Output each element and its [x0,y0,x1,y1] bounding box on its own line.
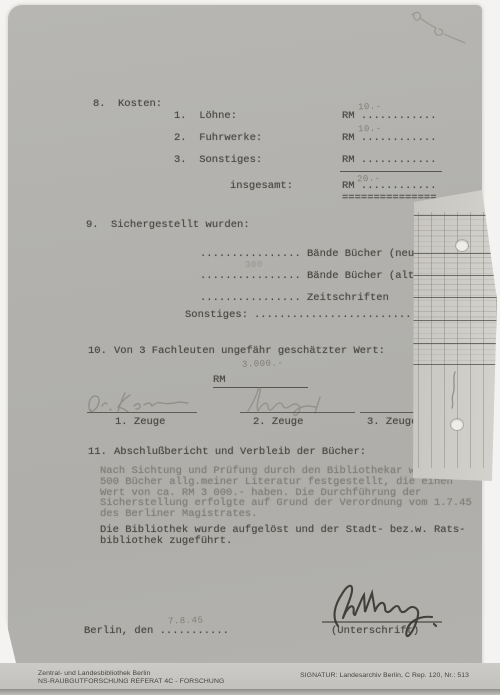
value-currency: RM [213,375,226,386]
punch-hole-bottom [451,419,463,430]
row-zeitschriften-label: Zeitschriften [307,293,389,304]
place-date-line: Berlin, den ........... [84,626,229,637]
cost-item-1-pencil-value: 10.- [358,102,382,113]
row-alt-label: Bände Bücher (alt) [307,271,420,282]
sonstiges-dots: ............................. [254,310,437,321]
witness2-label: 2. Zeuge [253,417,303,428]
estimated-value-pencil: 3.000.- [242,358,284,369]
row-zeitschriften-dots: ................ [200,293,301,304]
witness1-line [87,412,197,413]
witness1-pencil-signature [82,389,202,419]
section11-number: 11. [88,447,107,458]
report-clear-paragraph: Die Bibliothek wurde aufgelöst und der S… [100,525,465,547]
strip-fine-grid [405,214,500,364]
cost-item-2-label: 2. Fuhrwerke: [174,133,262,144]
pencil-scribble-top-right [402,3,472,48]
total-label: insgesamt: [230,181,293,192]
scanned-document-page: 8. Kosten: 1. Löhne: RM ............ 10.… [8,5,482,695]
witness1-label: 1. Zeuge [115,417,165,428]
cost-item-3-amount-line: RM ............ [342,155,437,166]
row-neu-label: Bände Bücher (neu) [307,249,420,260]
row-alt-dots: ................ [200,271,301,282]
archive-attribution: Zentral- und Landesbibliothek Berlin NS-… [38,670,224,686]
row-alt-pencil-value: 300 [245,260,263,271]
witness2-line [240,412,355,413]
row-neu-dots: ................ [200,249,301,260]
cost-item-1-label: 1. Löhne: [174,111,237,122]
section8-title: Kosten: [118,99,162,110]
cost-item-1-amount-line: RM ............ [342,111,437,122]
strip-pencil-mark [447,370,461,410]
archive-caption-bar: Zentral- und Landesbibliothek Berlin NS-… [0,663,500,689]
overlay-paper-strip [405,185,500,485]
archive-signatur: SIGNATUR: Landesarchiv Berlin, C Rep. 12… [300,672,469,679]
section8-number: 8. [93,99,106,110]
cost-item-3-label: 3. Sonstiges: [174,155,262,166]
section10-number: 10. [88,346,107,357]
section11-title: Abschlußbericht und Verbleib der Bücher: [114,447,366,458]
total-pencil-value: 20.- [357,174,381,185]
archive-attribution-line1: Zentral- und Landesbibliothek Berlin [38,670,224,678]
section9-title: Sichergestellt wurden: [111,220,250,231]
archive-attribution-line2: NS-RAUBGUTFORSCHUNG REFERAT 4C - FORSCHU… [38,678,224,686]
cost-item-2-amount-line: RM ............ [342,133,437,144]
section9-number: 9. [86,220,99,231]
signature-caption: (Unterschrift) [331,626,419,637]
punch-hole-top [456,240,468,251]
sum-rule [340,171,442,172]
witness3-label: 3. Zeuge [367,417,417,428]
section10-title: Von 3 Fachleuten ungefähr geschätzter We… [114,346,385,357]
witness2-pencil-signature [238,385,333,419]
scan-bottom-edge [0,689,500,695]
sonstiges-label: Sonstiges: [185,310,248,321]
cost-item-2-pencil-value: 10.- [358,124,382,135]
